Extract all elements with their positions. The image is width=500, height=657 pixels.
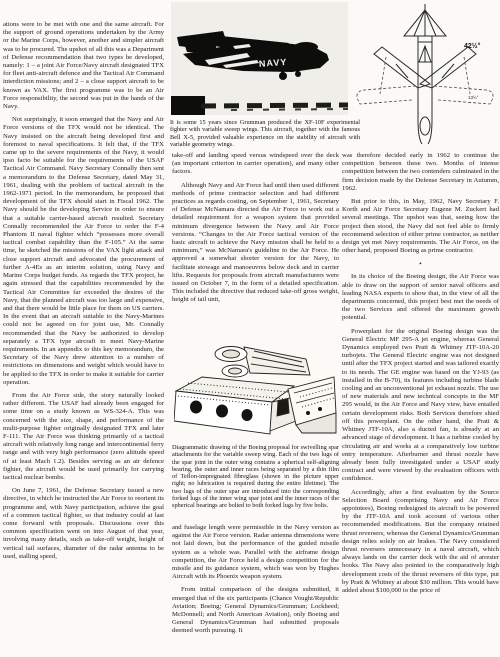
xf10f-plan-view: 42½° 13½° xyxy=(352,2,498,148)
text-column-left: ations were to be met with one and the s… xyxy=(3,21,164,657)
paragraph: ations were to be met with one and the s… xyxy=(3,21,164,111)
paragraph: Although Navy and Air Force had until th… xyxy=(172,182,339,305)
boeing-spar-drawing xyxy=(174,341,338,441)
text-column-middle-top: take-off and landing speed versus windsp… xyxy=(172,152,339,338)
spar-attachment-diagram xyxy=(174,341,338,441)
paragraph: was therefore decided early in 1962 to c… xyxy=(342,152,499,193)
sweep-max-label: 42½° xyxy=(464,42,481,50)
paragraph: and fuselage length were permissible in … xyxy=(172,524,339,581)
text-column-right: was therefore decided early in 1962 to c… xyxy=(342,152,499,657)
sweep-min-label: 13½° xyxy=(468,94,479,100)
aircraft-photo: NAVY xyxy=(171,2,348,115)
paragraph: In its choice of the Boeing design, the … xyxy=(342,273,499,322)
book-page: ations were to be met with one and the s… xyxy=(0,0,500,657)
paragraph: Powerplant for the original Boeing desig… xyxy=(342,328,499,484)
section-separator: • xyxy=(342,260,499,268)
paragraph: take-off and landing speed versus windsp… xyxy=(172,152,339,177)
navy-marking: NAVY xyxy=(259,57,288,69)
paragraph: On June 7, 1961, the Defense Secretary i… xyxy=(3,487,164,561)
paragraph: Accordingly, after a first evaluation by… xyxy=(342,489,499,596)
sweep-plan-diagram: 42½° 13½° xyxy=(352,2,498,148)
text-column-middle-bottom: and fuselage length were permissible in … xyxy=(172,524,339,657)
photo-caption: It is some 15 years since Grumman produc… xyxy=(170,119,360,148)
spar-diagram-caption: Diagrammatic drawing of the Boeing propo… xyxy=(172,444,339,510)
paragraph: Not surprisingly, it soon emerged that t… xyxy=(3,116,164,387)
xf10f-photo-silhouette: NAVY xyxy=(171,2,348,115)
paragraph: From the Air Force side, the story natur… xyxy=(3,392,164,482)
paragraph: But prior to this, in May, 1962, Navy Se… xyxy=(342,198,499,255)
paragraph: From initial comparison of the designs s… xyxy=(172,586,339,635)
